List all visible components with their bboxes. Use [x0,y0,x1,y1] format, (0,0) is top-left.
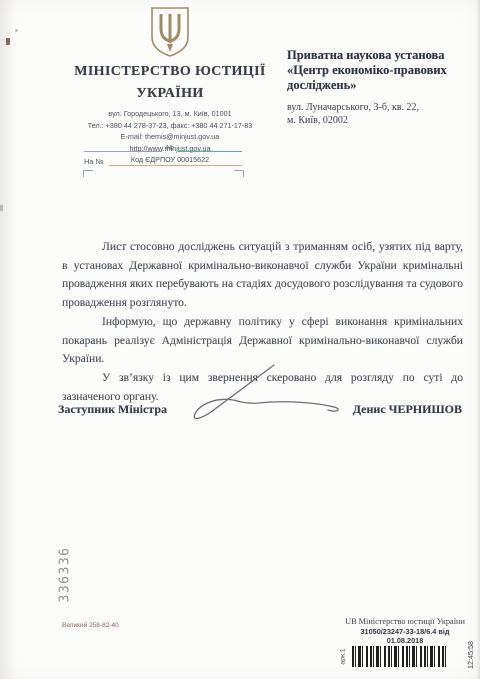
recipient-block: Приватна наукова установа «Центр економі… [287,48,472,127]
number-sign-label: № [166,143,174,152]
stamp-barcode [352,646,446,667]
scan-artifact-mark [0,205,3,211]
ministry-title-line1: МІНІСТЕРСТВО ЮСТИЦІЇ [40,63,300,80]
reply-number-blank [109,165,242,166]
scan-artifact-mark [6,38,10,45]
ministry-edrpou: Код ЄДРПОУ 00015622 [40,154,300,166]
ministry-email: E-mail: themis@minjust.gov.ua [40,131,300,143]
outgoing-number-blank [84,151,162,152]
stamp-reg-number: 31050/23247-33-18/6.4 від [338,627,472,636]
address-zone-corner-right [234,170,244,177]
stamp-org-line: UB Міністерство юстиції України [338,617,472,627]
stamp-sheet-label: арк.1 [340,644,349,670]
stamp-time: 12:45:58 [466,637,476,673]
recipient-name-line2: «Центр економіко-правових [287,63,472,78]
executor-note: Великий 258-82-40 [62,622,119,629]
ministry-title-line2: УКРАЇНИ [40,85,300,102]
recipient-name-line1: Приватна наукова установа [287,48,472,63]
ministry-address: вул. Городецького, 13, м. Київ, 01001 [40,108,300,120]
registration-stamp: UB Міністерство юстиції України 31050/23… [338,617,472,645]
reply-to-number-label: На № [84,157,104,166]
ministry-letterhead: МІНІСТЕРСТВО ЮСТИЦІЇ УКРАЇНИ вул. Городе… [40,6,300,166]
body-paragraph-2: Інформую, що державну політику у сфері в… [62,313,463,369]
scan-artifact-mark [15,29,18,32]
outgoing-date-blank [178,151,242,152]
signer-name: Денис ЧЕРНИШОВ [353,402,462,417]
handwritten-signature [188,362,353,424]
address-zone-corner-left [83,170,93,177]
body-paragraph-1: Лист стосовно досліджень ситуацій з трим… [62,238,463,313]
recipient-address-line1: вул. Луначарського, 3-б, кв. 22, [287,101,472,114]
stamp-reg-date: 01.08.2018 [338,636,472,645]
recipient-address-line2: м. Київ, 02002 [287,114,472,127]
signer-position: Заступник Міністра [58,402,167,417]
ukraine-trident-emblem [147,6,193,58]
scanned-letter-page: МІНІСТЕРСТВО ЮСТИЦІЇ УКРАЇНИ вул. Городе… [0,0,480,679]
vertical-registration-number: 336336 [58,546,73,604]
ministry-phone: Тел.: +380 44 278-37-23, факс: +380 44 2… [40,120,300,132]
recipient-name-line3: досліджень» [287,78,472,93]
